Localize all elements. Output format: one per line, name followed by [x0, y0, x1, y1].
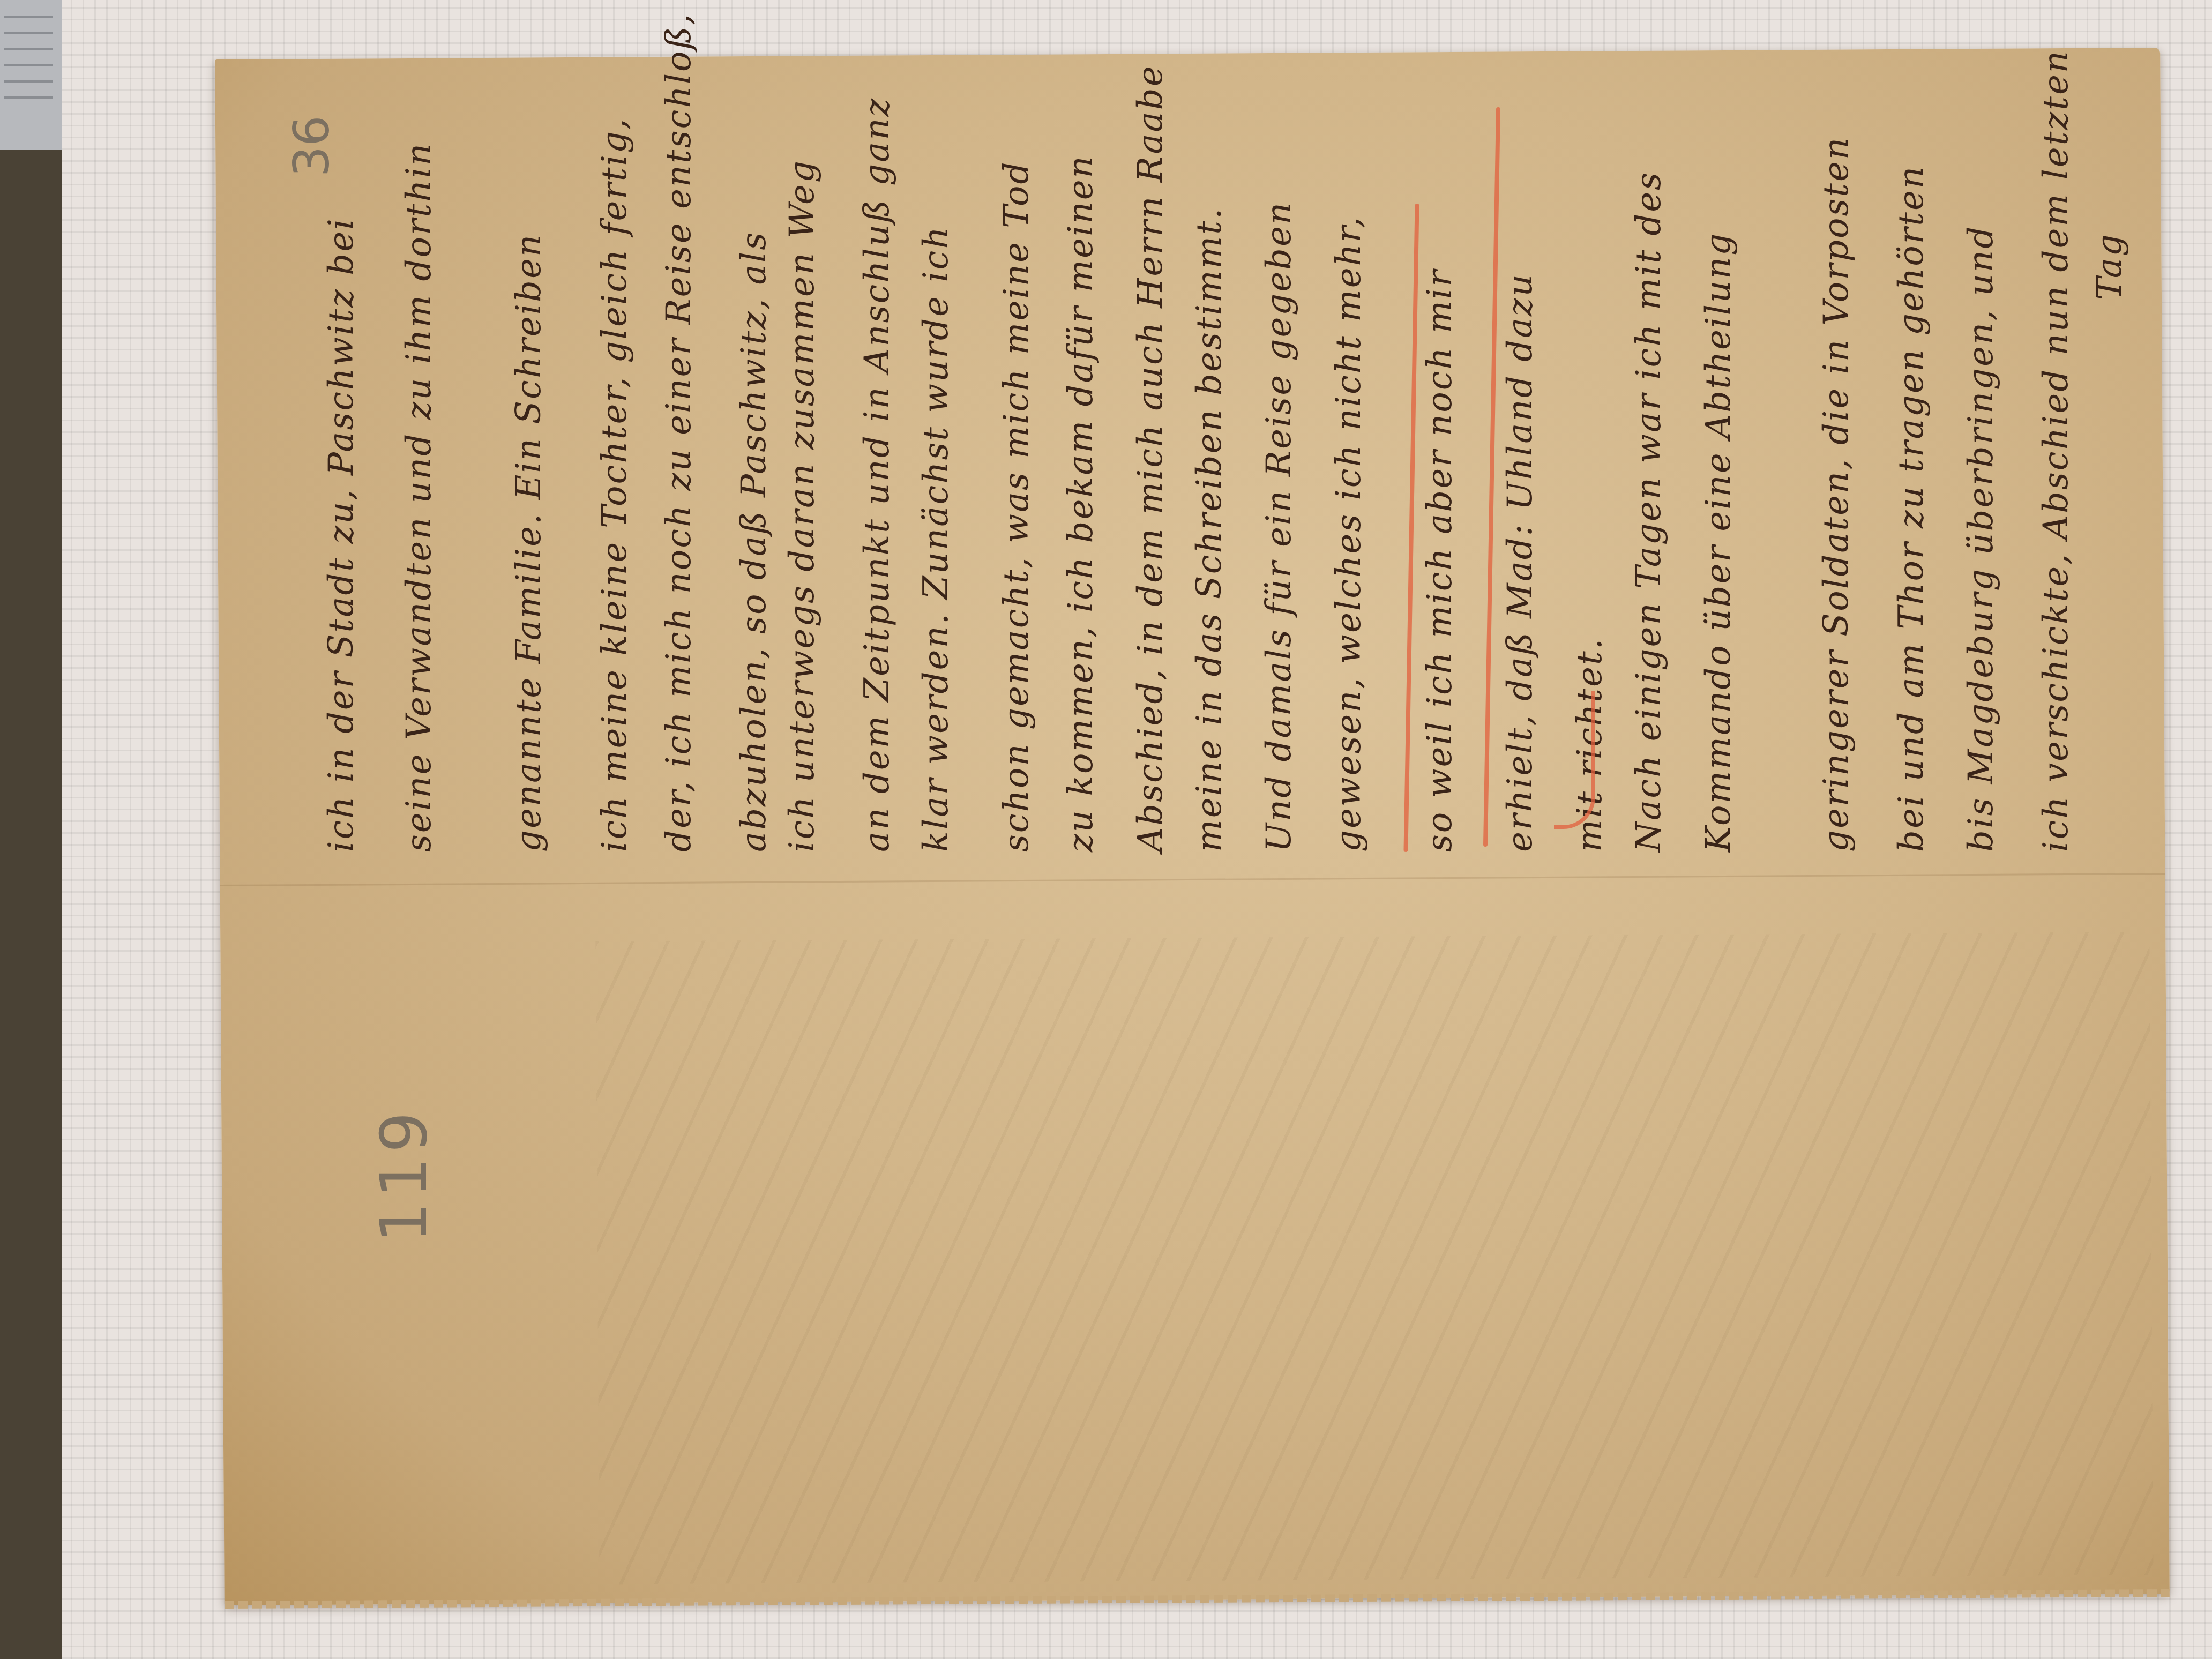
handwritten-line: ich meine kleine Tochter, gleich fertig, [595, 117, 634, 852]
handwritten-line: bis Magdeburg überbringen, und [1961, 225, 2001, 852]
red-pencil-mark [1554, 691, 1595, 829]
handwritten-line: geringerer Soldaten, die in Vorposten [1817, 136, 1856, 852]
handwritten-line: an dem Zeitpunkt und in Anschluß ganz [857, 97, 897, 852]
handwritten-line: meine in das Schreiben bestimmt. [1190, 207, 1229, 852]
handwritten-line: Abschied, in dem mich auch Herrn Raabe [1131, 64, 1170, 852]
handwritten-line: schon gemacht, was mich meine Tod [997, 160, 1036, 852]
handwritten-line-struck: erhielt, daß Mad: Uhland dazu [1500, 273, 1540, 852]
handwritten-line: klar werden. Zunächst wurde ich [916, 225, 956, 852]
handwritten-line: Kommando über eine Abtheilung [1699, 232, 1738, 852]
handwritten-line: Und damals für ein Reise gegeben [1259, 201, 1299, 852]
handwritten-line: Tag [2090, 233, 2129, 300]
handwritten-line: genannte Familie. Ein Schreiben [509, 233, 549, 852]
handwritten-line: ich in der Stadt zu, Paschwitz bei [322, 217, 361, 852]
paper-fold [220, 873, 2165, 886]
catalog-number: 119 [367, 1108, 442, 1243]
printed-paper-scrap [0, 0, 62, 150]
handwritten-line: ich verschickte, Abschied nun dem letzte… [2036, 49, 2076, 852]
handwritten-line: ich unterwegs daran zusammen Weg [782, 159, 822, 852]
dark-background-strip [0, 139, 62, 1659]
handwritten-line: gewesen, welches ich nicht mehr, [1329, 215, 1369, 852]
folio-number: 36 [284, 115, 340, 177]
handwritten-line: abzuholen, so daß Paschwitz, als [734, 231, 774, 852]
handwritten-line-struck: so weil ich mich aber noch mir [1420, 268, 1460, 852]
handwritten-line: der, ich mich noch zu einer Reise entsch… [659, 12, 699, 852]
handwritten-line: zu kommen, ich bekam dafür meinen [1061, 154, 1101, 852]
ink-show-through [595, 932, 2153, 1585]
handwritten-line: seine Verwandten und zu ihm dorthin [399, 142, 439, 852]
handwritten-line: bei und am Thor zu tragen gehörten [1892, 165, 1931, 852]
handwritten-line: Nach einigen Tagen war ich mit des [1629, 171, 1669, 852]
